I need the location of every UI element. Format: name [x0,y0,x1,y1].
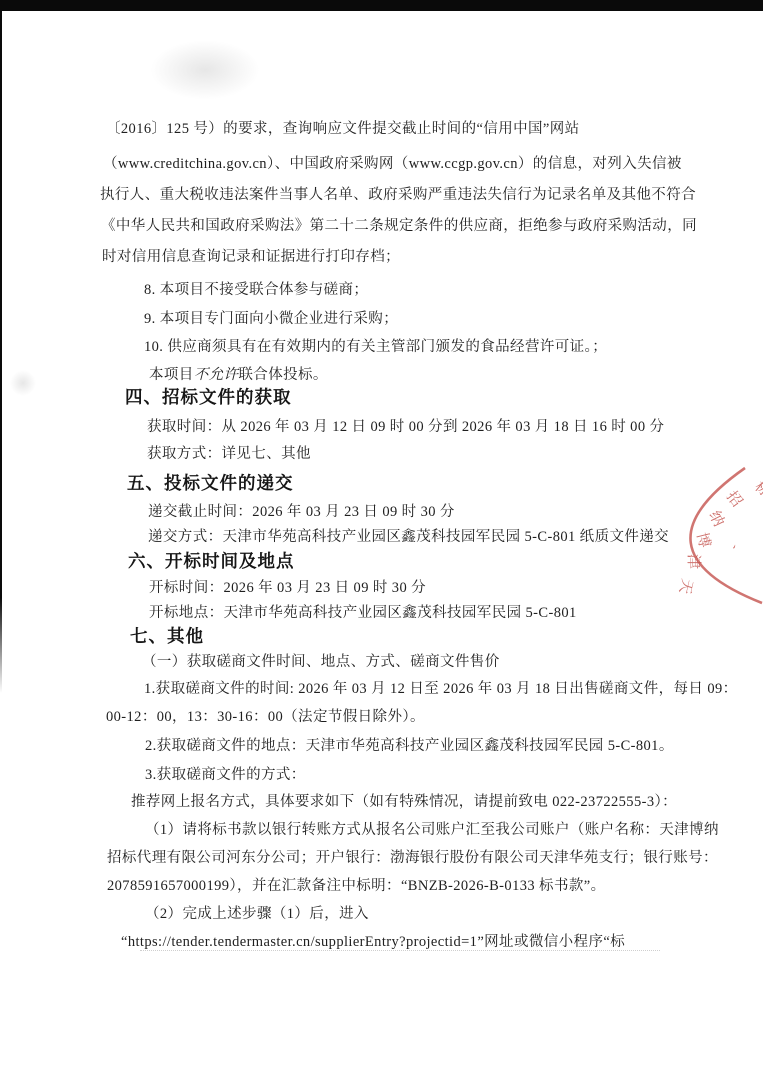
official-seal-stamp: 标 招 纳 博 津 天 、 [653,450,763,660]
text-line: 递交方式：天津市华苑高科技产业园区鑫茂科技园军民园 5-C-801 纸质文件递交 [148,530,669,545]
note-emphasis: 不允许 [194,367,239,383]
text-line: 2078591657000199），并在汇款备注中标明：“BNZB-2026-B… [107,879,605,894]
text-line: 3.获取磋商文件的方式： [145,768,306,783]
text-line: 00-12：00，13：30-16：00（法定节假日除外）。 [106,710,425,725]
text-line: （2）完成上述步骤（1）后，进入 [145,907,369,922]
text-line: 〔2016〕125 号）的要求，查询响应文件提交截止时间的“信用中国”网站 [106,122,580,137]
text-line: 2.获取磋商文件的地点：天津市华苑高科技产业园区鑫茂科技园军民园 5-C-801… [145,739,674,754]
scan-smudge [150,40,260,100]
section-heading-5: 五、投标文件的递交 [127,475,294,493]
text-line: 开标时间：2026 年 03 月 23 日 09 时 30 分 [149,581,426,596]
text-line: 1.获取磋商文件的时间: 2026 年 03 月 12 日至 2026 年 03… [144,682,738,697]
scan-streak-line [140,950,660,951]
scan-top-edge-bar [0,0,763,11]
section-heading-7: 七、其他 [130,628,204,646]
seal-character: 标 [751,478,763,501]
text-line: 推荐网上报名方式，具体要求如下（如有特殊情况，请提前致电 022-2372255… [131,795,677,810]
text-line: 递交截止时间：2026 年 03 月 23 日 09 时 30 分 [148,505,455,520]
list-item: 8. 本项目不接受联合体参与磋商； [144,283,368,298]
text-line: 获取时间：从 2026 年 03 月 12 日 09 时 00 分到 2026 … [147,420,664,435]
note-post: 联合体投标。 [238,367,327,383]
text-line: （1）请将标书款以银行转账方式从报名公司账户汇至我公司账户（账户名称：天津博纳 [145,823,719,838]
list-item: 10. 供应商须具有在有效期内的有关主管部门颁发的食品经营许可证。； [144,340,607,355]
seal-character: 津 [685,554,702,569]
list-item: 9. 本项目专门面向小微企业进行采购； [144,312,398,327]
scan-smudge [10,370,36,396]
text-line: 招标代理有限公司河东分公司；开户银行：渤海银行股份有限公司天津华苑支行；银行账号… [107,851,718,866]
section-heading-6: 六、开标时间及地点 [128,553,295,571]
text-line: 获取方式：详见七、其他 [147,447,311,462]
text-line: 《中华人民共和国政府采购法》第二十二条规定条件的供应商，拒绝参与政府采购活动，同 [101,219,697,234]
seal-mark: 、 [730,541,747,557]
scan-left-edge-line [0,11,2,693]
text-line: （www.creditchina.gov.cn）、中国政府采购网（www.ccg… [103,157,682,172]
text-line: 开标地点：天津市华苑高科技产业园区鑫茂科技园军民园 5-C-801 [149,606,577,621]
note-line: 本项目不允许联合体投标。 [149,368,328,383]
text-line: 执行人、重大税收违法案件当事人名单、政府采购严重违法失信行为记录名单及其他不符合 [100,188,696,203]
section-heading-4: 四、招标文件的获取 [125,389,292,407]
seal-character: 天 [676,577,696,595]
scanned-document-page: 〔2016〕125 号）的要求，查询响应文件提交截止时间的“信用中国”网站 （w… [0,0,763,1079]
seal-character: 博 [693,531,714,550]
seal-character: 招 [723,487,746,510]
text-line: 时对信用信息查询记录和证据进行打印存档； [102,250,400,265]
seal-character: 纳 [705,508,728,529]
text-line: （一）获取磋商文件时间、地点、方式、磋商文件售价 [142,655,500,670]
text-line: “https://tender.tendermaster.cn/supplier… [121,935,625,950]
note-pre: 本项目 [149,367,194,383]
